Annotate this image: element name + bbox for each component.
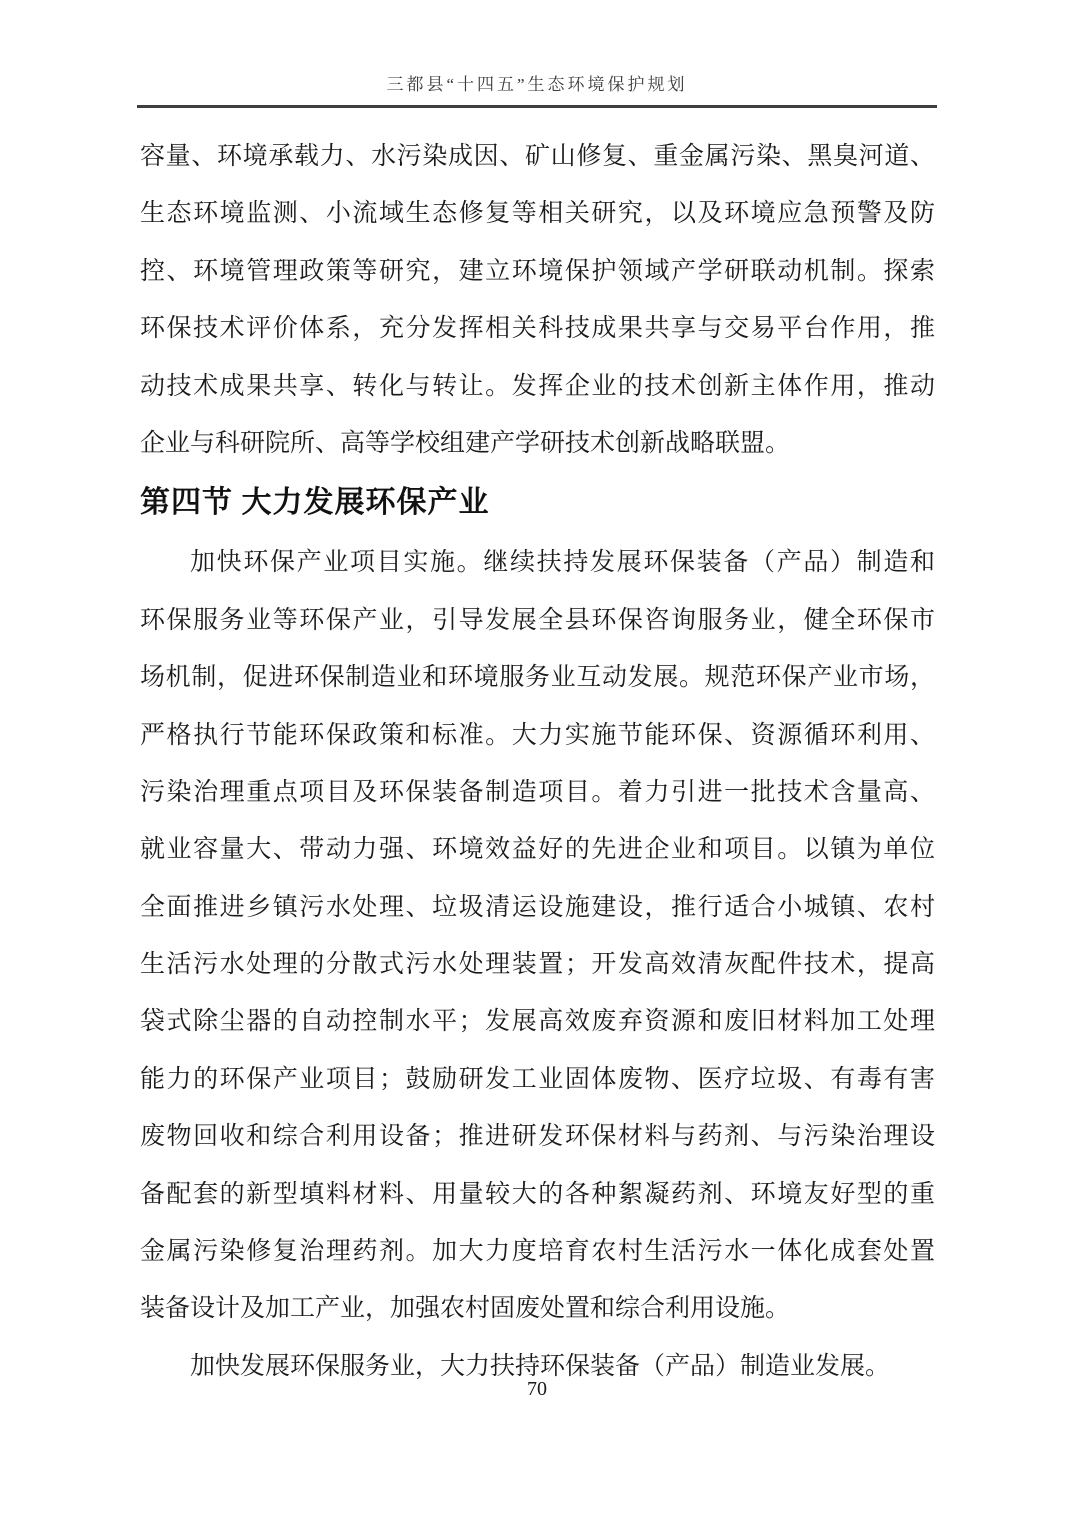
page-number: 70 [527, 1378, 547, 1400]
text-line: 场机制，促进环保制造业和环境服务业互动发展。规范环保产业市场， [140, 649, 935, 706]
text-line: 装备设计及加工产业，加强农村固废处置和综合利用设施。 [140, 1280, 935, 1337]
page-footer: 70 [0, 1378, 1074, 1401]
paragraph: 加快环保产业项目实施。继续扶持发展环保装备（产品）制造和环保服务业等环保产业，引… [140, 534, 935, 1337]
text-line: 加快环保产业项目实施。继续扶持发展环保装备（产品）制造和 [140, 534, 935, 591]
page-header: 三都县“十四五”生态环境保护规划 [137, 70, 937, 108]
text-line: 废物回收和综合利用设备；推进研发环保材料与药剂、与污染治理设 [140, 1108, 935, 1165]
text-line: 生态环境监测、小流域生态修复等相关研究，以及环境应急预警及防 [140, 185, 935, 242]
page: 三都县“十四五”生态环境保护规划 容量、环境承载力、水污染成因、矿山修复、重金属… [0, 0, 1074, 1520]
text-line: 生活污水处理的分散式污水处理装置；开发高效清灰配件技术，提高 [140, 936, 935, 993]
text-line: 环保服务业等环保产业，引导发展全县环保咨询服务业，健全环保市 [140, 592, 935, 649]
text-line: 能力的环保产业项目；鼓励研发工业固体废物、医疗垃圾、有毒有害 [140, 1051, 935, 1108]
text-line: 动技术成果共享、转化与转让。发挥企业的技术创新主体作用，推动 [140, 358, 935, 415]
paragraph: 容量、环境承载力、水污染成因、矿山修复、重金属污染、黑臭河道、生态环境监测、小流… [140, 128, 935, 472]
text-line: 企业与科研院所、高等学校组建产学研技术创新战略联盟。 [140, 415, 935, 472]
text-line: 金属污染修复治理药剂。加大力度培育农村生活污水一体化成套处置 [140, 1223, 935, 1280]
text-line: 全面推进乡镇污水处理、垃圾清运设施建设，推行适合小城镇、农村 [140, 879, 935, 936]
text-line: 袋式除尘器的自动控制水平；发展高效废弃资源和废旧材料加工处理 [140, 993, 935, 1050]
text-line: 容量、环境承载力、水污染成因、矿山修复、重金属污染、黑臭河道、 [140, 128, 935, 185]
document-body: 容量、环境承载力、水污染成因、矿山修复、重金属污染、黑臭河道、生态环境监测、小流… [140, 128, 935, 1395]
text-line: 备配套的新型填料材料、用量较大的各种絮凝药剂、环境友好型的重 [140, 1166, 935, 1223]
text-line: 控、环境管理政策等研究，建立环境保护领域产学研联动机制。探索 [140, 243, 935, 300]
section-heading: 第四节 大力发展环保产业 [140, 472, 935, 534]
text-line: 严格执行节能环保政策和标准。大力实施节能环保、资源循环利用、 [140, 707, 935, 764]
text-line: 就业容量大、带动力强、环境效益好的先进企业和项目。以镇为单位 [140, 821, 935, 878]
text-line: 污染治理重点项目及环保装备制造项目。着力引进一批技术含量高、 [140, 764, 935, 821]
header-title: 三都县“十四五”生态环境保护规划 [386, 75, 687, 94]
text-line: 环保技术评价体系，充分发挥相关科技成果共享与交易平台作用，推 [140, 300, 935, 357]
